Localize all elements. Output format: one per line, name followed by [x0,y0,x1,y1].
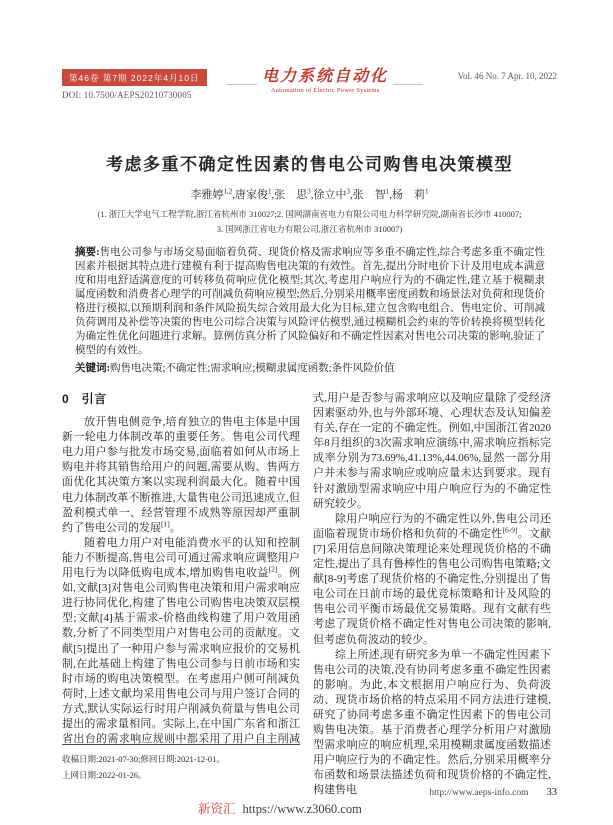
footnote-lines: 收稿日期:2021-07-30;修回日期:2021-12-01。上网日期:202… [62,751,300,783]
left-paragraphs: 放开售电侧竞争,培育独立的售电主体是中国新一轮电力体制改革的重要任务。售电公司代… [62,415,300,762]
author-name: 张 思3 [274,189,311,201]
article-title: 考虑多重不确定性因素的售电公司购售电决策模型 [62,150,557,175]
keywords-text: 购售电决策;不确定性;需求响应;模糊隶属度函数;条件风险价值 [110,363,395,374]
author-name: 李雅婷1,2 [191,189,233,201]
watermark-url: https://www.z3060.com [243,802,362,816]
doi-text: DOI: 10.7500/AEPS20210730005 [62,90,227,100]
abstract-paragraph: 摘要:售电公司参与市场交易面临着负荷、现货价格及需求响应等多重不确定性,综合考虑… [75,246,545,358]
footnote-rule [62,744,300,745]
keywords-label: 关键词: [75,363,110,374]
body-paragraph: 放开售电侧竞争,培育独立的售电主体是中国新一轮电力体制改革的重要任务。售电公司代… [62,415,300,536]
journal-logo-row: 电力系统自动化 Automation of Electric Power Sys… [227,68,423,94]
journal-logo: 电力系统自动化 Automation of Electric Power Sys… [262,68,388,94]
journal-name-cn: 电力系统自动化 [262,68,388,86]
footnote-block: 收稿日期:2021-07-30;修回日期:2021-12-01。上网日期:202… [62,744,300,783]
body-columns: 0 引言 放开售电侧竞争,培育独立的售电主体是中国新一轮电力体制改革的重要任务。… [62,391,557,789]
right-column: 式,用户是否参与需求响应以及响应量除了受经济因素驱动外,也与外部环境、心理状态及… [313,391,551,789]
page-header: 第46卷 第7期 2022年4月10日 DOI: 10.7500/AEPS202… [62,68,557,104]
header-center: 电力系统自动化 Automation of Electric Power Sys… [227,68,423,94]
affiliation-line: (1. 浙江大学电气工程学院,浙江省杭州市 310027;2. 国网湖南省电力有… [62,207,557,222]
body-paragraph: 综上所述,现有研究多为单一不确定性因素下售电公司的决策,没有协同考虑多重不确定性… [313,648,551,799]
journal-url: http://www.aeps-info.com [429,788,528,798]
watermark-brand: 新资汇 [198,802,236,816]
author-name: 唐家俊1 [235,189,272,201]
abstract-label: 摘要: [75,247,100,258]
affiliations: (1. 浙江大学电气工程学院,浙江省杭州市 310027;2. 国网湖南省电力有… [62,207,557,237]
page-number: 33 [547,787,558,798]
keywords-line: 关键词:购售电决策;不确定性;需求响应;模糊隶属度函数;条件风险价值 [75,362,545,376]
right-paragraphs: 式,用户是否参与需求响应以及响应量除了受经济因素驱动外,也与外部环境、心理状态及… [313,391,551,799]
page-footer: http://www.aeps-info.com33 [429,787,557,798]
body-paragraph: 除用户响应行为的不确定性以外,售电公司还面临着现货市场价格和负荷的不确定性[6-… [313,512,551,648]
section-heading: 0 引言 [62,392,300,407]
body-paragraph: 式,用户是否参与需求响应以及响应量除了受经济因素驱动外,也与外部环境、心理状态及… [313,391,551,512]
left-column: 0 引言 放开售电侧竞争,培育独立的售电主体是中国新一轮电力体制改革的重要任务。… [62,391,300,789]
watermark: 新资汇https://www.z3060.com [198,799,362,817]
issue-badge: 第46卷 第7期 2022年4月10日 [62,69,207,86]
volume-info: Vol. 46 No. 7 Apr. 10, 2022 [423,71,557,81]
author-name: 张 智1 [353,189,390,201]
affiliation-line: 3. 国网浙江省电力有限公司,浙江省杭州市 310007) [62,222,557,237]
header-right: Vol. 46 No. 7 Apr. 10, 2022 [423,68,557,81]
header-rule-left [227,84,257,85]
body-paragraph: 随着电力用户对电能消费水平的认知和控制能力不断提高,售电公司可通过需求响应调整用… [62,536,300,762]
footnote-line: 收稿日期:2021-07-30;修回日期:2021-12-01。 [62,751,300,767]
header-left: 第46卷 第7期 2022年4月10日 DOI: 10.7500/AEPS202… [62,68,227,100]
journal-page: 第46卷 第7期 2022年4月10日 DOI: 10.7500/AEPS202… [0,0,613,825]
abstract-text: 售电公司参与市场交易面临着负荷、现货价格及需求响应等多重不确定性,综合考虑多重不… [75,247,545,356]
author-line: 李雅婷1,2,唐家俊1,张 思3,徐立中3,张 智1,杨 莉1 [62,186,557,202]
journal-name-en: Automation of Electric Power Systems [262,87,388,94]
header-rule-right [393,84,423,85]
abstract-section: 摘要:售电公司参与市场交易面临着负荷、现货价格及需求响应等多重不确定性,综合考虑… [75,246,545,376]
author-name: 杨 莉1 [392,189,429,201]
footnote-line: 上网日期:2022-01-26。 [62,767,300,783]
author-name: 徐立中3 [314,189,351,201]
